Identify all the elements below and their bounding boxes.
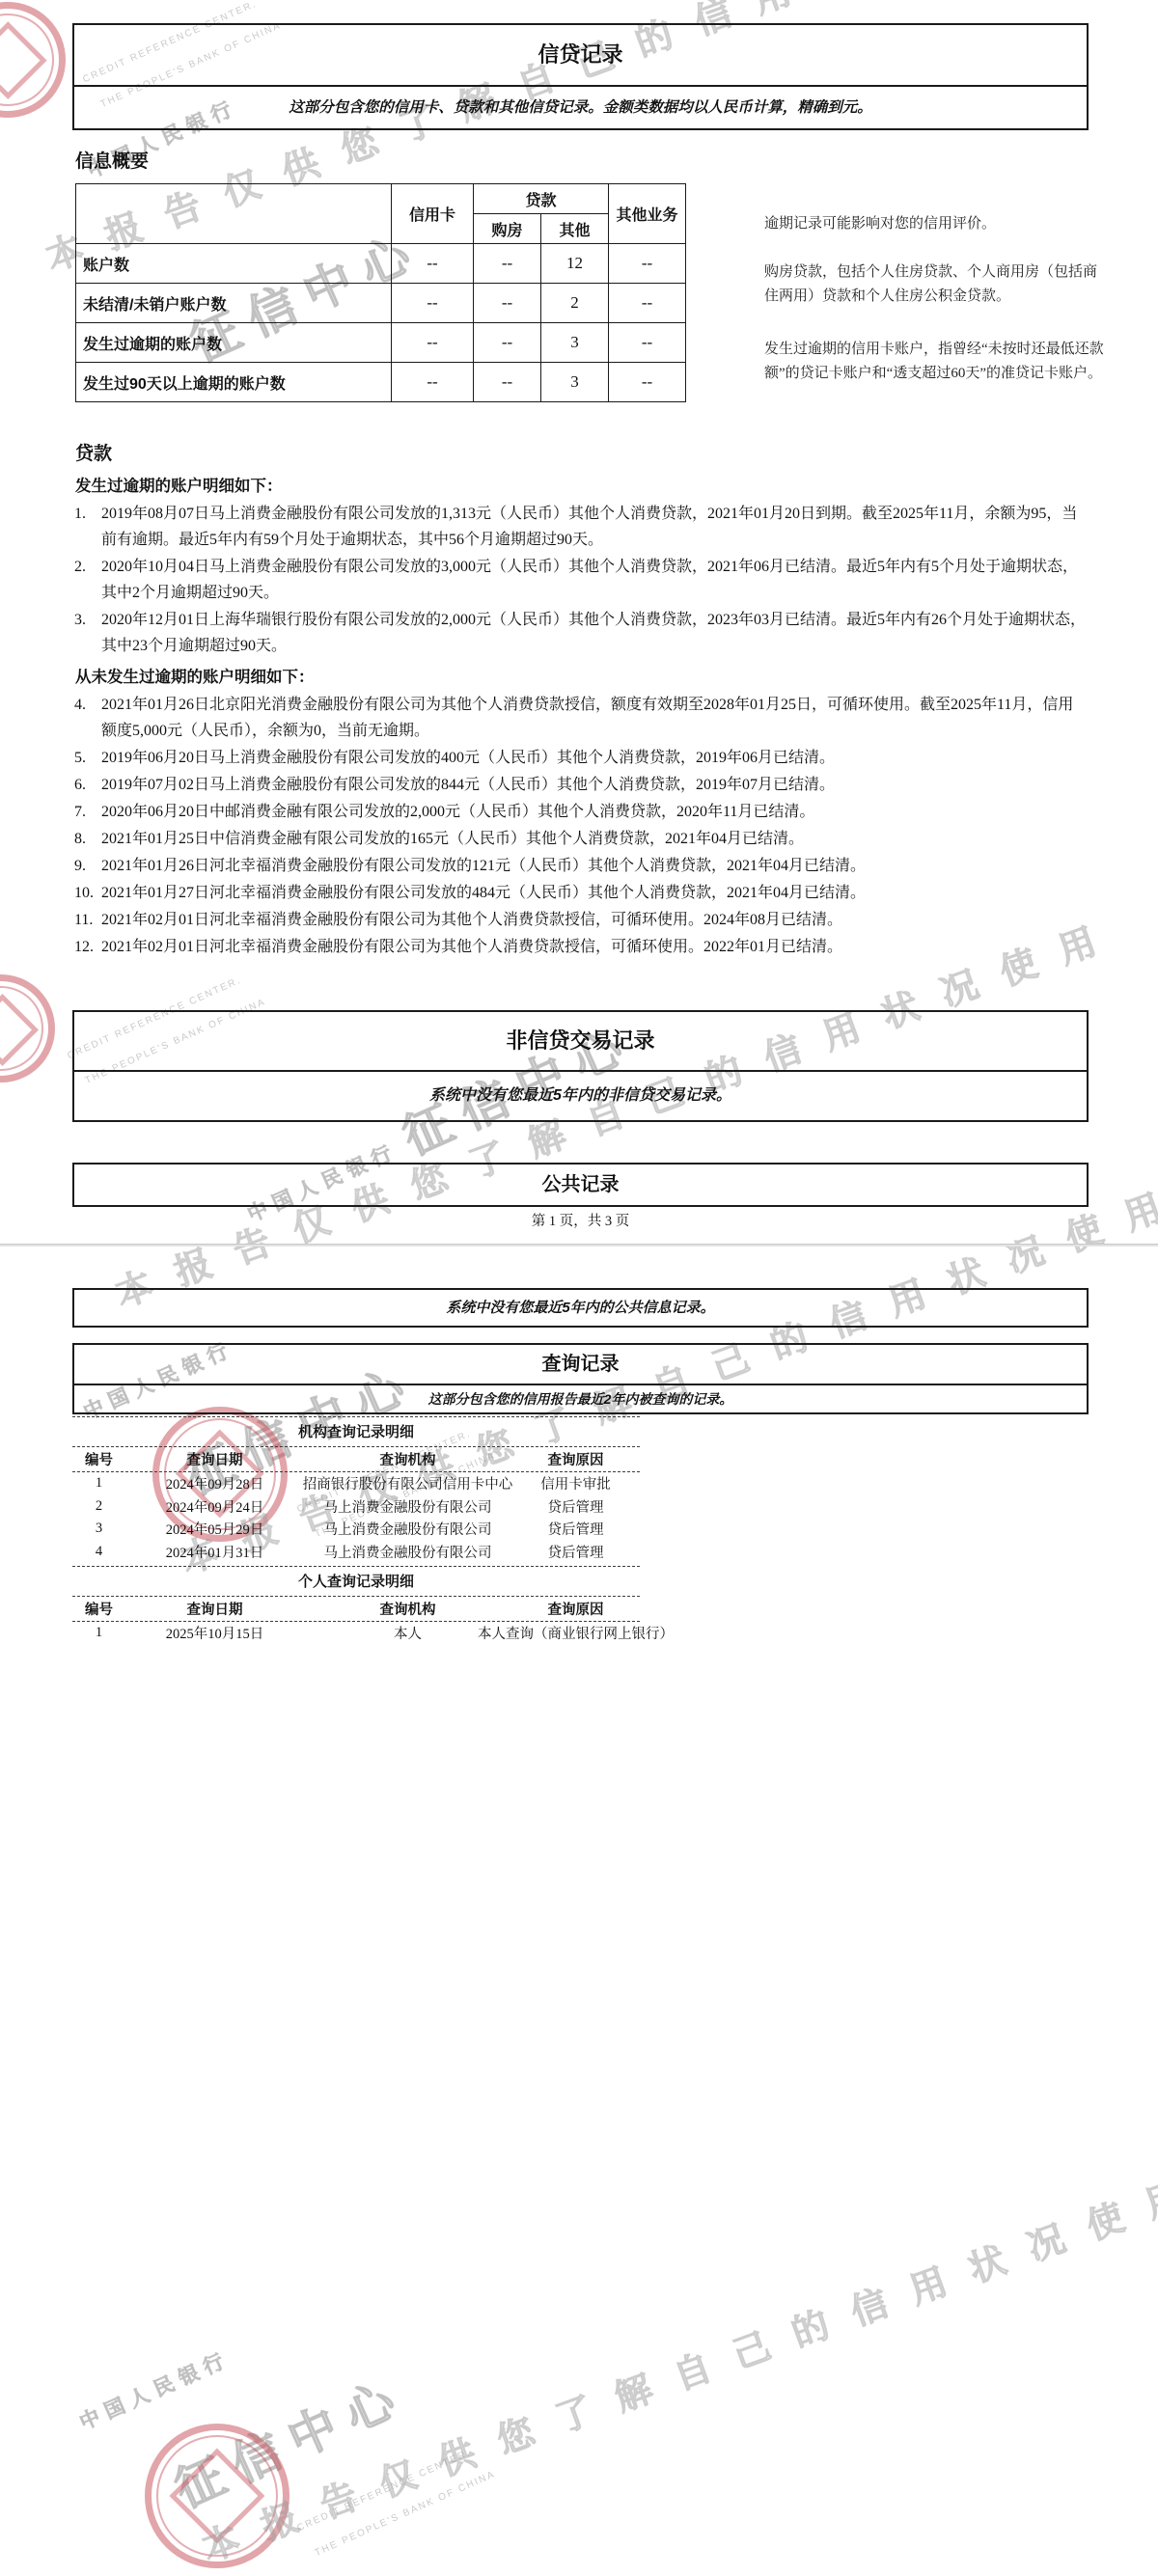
loan-item-text: 2021年02月01日河北幸福消费金融股份有限公司为其他个人消费贷款授信，可循环… [101, 912, 842, 928]
summary-other-business-value: -- [609, 284, 686, 323]
public-records-section-box: 公共记录 [72, 1163, 1089, 1207]
loan-item: 2. 2020年10月04日马上消费金融股份有限公司发放的3,000元（人民币）… [72, 554, 1089, 606]
loan-item-number: 5. [74, 745, 99, 771]
org-query-row: 2 2024年09月24日 马上消费金融股份有限公司 贷后管理 [72, 1495, 640, 1519]
summary-row-label: 未结清/未销户账户数 [76, 284, 392, 323]
summary-other-business-value: -- [609, 244, 686, 284]
summary-other-loan-value: 12 [541, 244, 609, 284]
loan-item-text: 2019年06月20日马上消费金融股份有限公司发放的400元（人民币）其他个人消… [101, 750, 835, 766]
summary-row-label: 账户数 [76, 244, 392, 284]
query-reason: 本人查询（商业银行网上银行） [511, 1623, 640, 1643]
loan-item-text: 2021年01月27日河北幸福消费金融股份有限公司发放的484元（人民币）其他个… [101, 885, 866, 901]
query-org: 马上消费金融股份有限公司 [304, 1542, 511, 1562]
page-number-footer: 第 1 页，共 3 页 [72, 1210, 1089, 1230]
summary-row-label: 发生过逾期的账户数 [76, 323, 392, 363]
non-credit-records-section-box: 非信贷交易记录 系统中没有您最近5年内的非信贷交易记录。 [72, 1010, 1089, 1122]
col-header-reason: 查询原因 [511, 1449, 640, 1469]
summary-table-row: 发生过逾期的账户数 -- -- 3 -- [76, 323, 686, 363]
loan-item-text: 2021年01月26日北京阳光消费金融股份有限公司为其他个人消费贷款授信，额度有… [101, 697, 1073, 739]
summary-table-row: 账户数 -- -- 12 -- [76, 244, 686, 284]
note-overdue-card-definition: 发生过逾期的信用卡账户，指曾经“未按时还最低还款额”的贷记卡账户和“透支超过60… [764, 338, 1104, 385]
loans-never-overdue-subheading: 从未发生过逾期的账户明细如下： [75, 664, 1089, 687]
summary-house-loan-value: -- [474, 323, 541, 363]
summary-house-loan-value: -- [474, 363, 541, 402]
credit-records-subtitle: 这部分包含您的信用卡、贷款和其他信贷记录。金额类数据均以人民币计算，精确到元。 [74, 87, 1087, 128]
loan-item-number: 11. [74, 907, 99, 933]
public-records-title: 公共记录 [74, 1165, 1087, 1205]
report-content: 信贷记录 这部分包含您的信用卡、贷款和其他信贷记录。金额类数据均以人民币计算，精… [0, 0, 1158, 2576]
col-header-no: 编号 [72, 1449, 125, 1469]
summary-col-loan-house: 购房 [474, 214, 541, 244]
loan-item-text: 2021年01月26日河北幸福消费金融股份有限公司发放的121元（人民币）其他个… [101, 858, 866, 874]
loans-overdue-list: 1. 2019年08月07日马上消费金融股份有限公司发放的1,313元（人民币）… [72, 501, 1089, 659]
org-query-row: 1 2024年09月28日 招商银行股份有限公司信用卡中心 信用卡审批 [72, 1472, 640, 1495]
summary-other-business-value: -- [609, 323, 686, 363]
col-header-date: 查询日期 [125, 1449, 304, 1469]
query-org: 招商银行股份有限公司信用卡中心 [304, 1473, 511, 1494]
query-no: 2 [72, 1498, 125, 1515]
summary-credit-card-value: -- [392, 244, 474, 284]
summary-credit-card-value: -- [392, 284, 474, 323]
loan-item: 10. 2021年01月27日河北幸福消费金融股份有限公司发放的484元（人民币… [72, 880, 1089, 906]
loan-item-text: 2020年06月20日中邮消费金融有限公司发放的2,000元（人民币）其他个人消… [101, 804, 814, 820]
summary-house-loan-value: -- [474, 244, 541, 284]
query-no: 1 [72, 1475, 125, 1492]
loan-item-number: 7. [74, 799, 99, 825]
summary-col-loans: 贷款 [474, 184, 609, 214]
query-reason: 贷后管理 [511, 1496, 640, 1517]
loans-overdue-subheading: 发生过逾期的账户明细如下： [75, 473, 1089, 496]
col-header-date: 查询日期 [125, 1599, 304, 1619]
query-reason: 贷后管理 [511, 1542, 640, 1562]
org-query-rows: 1 2024年09月28日 招商银行股份有限公司信用卡中心 信用卡审批 2 20… [72, 1472, 640, 1563]
note-house-loan-definition: 购房贷款，包括个人住房贷款、个人商用房（包括商住两用）贷款和个人住房公积金贷款。 [764, 260, 1104, 308]
personal-query-header-row: 编号 查询日期 查询机构 查询原因 [72, 1597, 640, 1621]
query-date: 2024年09月24日 [125, 1496, 304, 1517]
loans-section: 贷款 发生过逾期的账户明细如下： 1. 2019年08月07日马上消费金融股份有… [72, 439, 1089, 961]
loan-item-number: 1. [74, 501, 99, 527]
loans-heading: 贷款 [75, 439, 1089, 465]
summary-table: 信用卡 贷款 其他业务 购房 其他 账户数 -- -- 12 -- 未结清/未销… [75, 183, 686, 402]
personal-query-row: 1 2025年10月15日 本人 本人查询（商业银行网上银行） [72, 1622, 640, 1645]
query-org: 马上消费金融股份有限公司 [304, 1496, 511, 1517]
loan-item-text: 2020年10月04日马上消费金融股份有限公司发放的3,000元（人民币）其他个… [101, 559, 1078, 601]
credit-records-section-box: 信贷记录 这部分包含您的信用卡、贷款和其他信贷记录。金额类数据均以人民币计算，精… [72, 23, 1089, 130]
query-date: 2024年01月31日 [125, 1542, 304, 1562]
summary-heading: 信息概要 [75, 147, 149, 173]
summary-corner-cell [76, 184, 392, 244]
org-query-row: 4 2024年01月31日 马上消费金融股份有限公司 贷后管理 [72, 1541, 640, 1564]
loan-item: 9. 2021年01月26日河北幸福消费金融股份有限公司发放的121元（人民币）… [72, 853, 1089, 879]
query-tables: 机构查询记录明细 编号 查询日期 查询机构 查询原因 1 2024年09月28日… [72, 1416, 640, 1645]
loan-item: 12. 2021年02月01日河北幸福消费金融股份有限公司为其他个人消费贷款授信… [72, 934, 1089, 960]
col-header-reason: 查询原因 [511, 1599, 640, 1619]
summary-row-label: 发生过90天以上逾期的账户数 [76, 363, 392, 402]
query-date: 2024年05月29日 [125, 1519, 304, 1539]
query-no: 4 [72, 1544, 125, 1560]
col-header-org: 查询机构 [304, 1599, 511, 1619]
personal-query-heading: 个人查询记录明细 [72, 1567, 640, 1596]
summary-other-loan-value: 3 [541, 323, 609, 363]
no-public-info-text: 系统中没有您最近5年内的公共信息记录。 [74, 1290, 1087, 1326]
loan-item-text: 2019年07月02日马上消费金融股份有限公司发放的844元（人民币）其他个人消… [101, 777, 835, 793]
query-reason: 信用卡审批 [511, 1473, 640, 1494]
col-header-no: 编号 [72, 1599, 125, 1619]
summary-other-loan-value: 3 [541, 363, 609, 402]
summary-credit-card-value: -- [392, 323, 474, 363]
summary-credit-card-value: -- [392, 363, 474, 402]
loans-never-overdue-list: 4. 2021年01月26日北京阳光消费金融股份有限公司为其他个人消费贷款授信，… [72, 692, 1089, 960]
loan-item-number: 4. [74, 692, 99, 718]
query-date: 2025年10月15日 [125, 1623, 304, 1643]
loan-item: 6. 2019年07月02日马上消费金融股份有限公司发放的844元（人民币）其他… [72, 772, 1089, 798]
summary-col-other-business: 其他业务 [609, 184, 686, 244]
loan-item-number: 10. [74, 880, 99, 906]
loan-item-text: 2021年02月01日河北幸福消费金融股份有限公司为其他个人消费贷款授信，可循环… [101, 939, 842, 955]
query-no: 1 [72, 1625, 125, 1641]
loan-item-number: 2. [74, 554, 99, 580]
summary-other-business-value: -- [609, 363, 686, 402]
credit-report-page: { "watermark": { "seal_color": "#c44c56"… [0, 0, 1158, 2576]
query-date: 2024年09月28日 [125, 1473, 304, 1494]
summary-table-body: 账户数 -- -- 12 -- 未结清/未销户账户数 -- -- 2 -- 发生… [76, 244, 686, 402]
no-public-info-box: 系统中没有您最近5年内的公共信息记录。 [72, 1288, 1089, 1328]
loan-item-number: 6. [74, 772, 99, 798]
non-credit-records-subtitle: 系统中没有您最近5年内的非信贷交易记录。 [74, 1072, 1087, 1120]
loan-item-text: 2020年12月01日上海华瑞银行股份有限公司发放的2,000元（人民币）其他个… [101, 612, 1086, 654]
non-credit-records-title: 非信贷交易记录 [74, 1012, 1087, 1070]
loan-item: 3. 2020年12月01日上海华瑞银行股份有限公司发放的2,000元（人民币）… [72, 607, 1089, 659]
query-no: 3 [72, 1521, 125, 1537]
loan-item-text: 2021年01月25日中信消费金融有限公司发放的165元（人民币）其他个人消费贷… [101, 831, 804, 847]
summary-house-loan-value: -- [474, 284, 541, 323]
col-header-org: 查询机构 [304, 1449, 511, 1469]
loan-item: 11. 2021年02月01日河北幸福消费金融股份有限公司为其他个人消费贷款授信… [72, 907, 1089, 933]
loan-item: 7. 2020年06月20日中邮消费金融有限公司发放的2,000元（人民币）其他… [72, 799, 1089, 825]
loan-item-text: 2019年08月07日马上消费金融股份有限公司发放的1,313元（人民币）其他个… [101, 506, 1077, 548]
loan-item-number: 3. [74, 607, 99, 633]
summary-col-loan-other: 其他 [541, 214, 609, 244]
query-records-title: 查询记录 [74, 1345, 1087, 1384]
org-query-row: 3 2024年05月29日 马上消费金融股份有限公司 贷后管理 [72, 1518, 640, 1541]
summary-table-row: 未结清/未销户账户数 -- -- 2 -- [76, 284, 686, 323]
page-break-divider [0, 1244, 1158, 1247]
note-overdue-impact: 逾期记录可能影响对您的信用评价。 [764, 212, 1104, 236]
org-query-header-row: 编号 查询日期 查询机构 查询原因 [72, 1447, 640, 1471]
loan-item-number: 9. [74, 853, 99, 879]
org-query-heading: 机构查询记录明细 [72, 1417, 640, 1446]
summary-other-loan-value: 2 [541, 284, 609, 323]
query-reason: 贷后管理 [511, 1519, 640, 1539]
query-records-subtitle: 这部分包含您的信用报告最近2年内被查询的记录。 [74, 1385, 1087, 1412]
loan-item-number: 12. [74, 934, 99, 960]
loan-item: 4. 2021年01月26日北京阳光消费金融股份有限公司为其他个人消费贷款授信，… [72, 692, 1089, 744]
loan-item: 5. 2019年06月20日马上消费金融股份有限公司发放的400元（人民币）其他… [72, 745, 1089, 771]
loan-item: 1. 2019年08月07日马上消费金融股份有限公司发放的1,313元（人民币）… [72, 501, 1089, 553]
summary-table-row: 发生过90天以上逾期的账户数 -- -- 3 -- [76, 363, 686, 402]
personal-query-rows: 1 2025年10月15日 本人 本人查询（商业银行网上银行） [72, 1622, 640, 1645]
credit-records-title: 信贷记录 [74, 25, 1087, 85]
loan-item-number: 8. [74, 826, 99, 852]
query-records-section-box: 查询记录 这部分包含您的信用报告最近2年内被查询的记录。 [72, 1343, 1089, 1414]
summary-col-credit-card: 信用卡 [392, 184, 474, 244]
query-org: 马上消费金融股份有限公司 [304, 1519, 511, 1539]
loan-item: 8. 2021年01月25日中信消费金融有限公司发放的165元（人民币）其他个人… [72, 826, 1089, 852]
